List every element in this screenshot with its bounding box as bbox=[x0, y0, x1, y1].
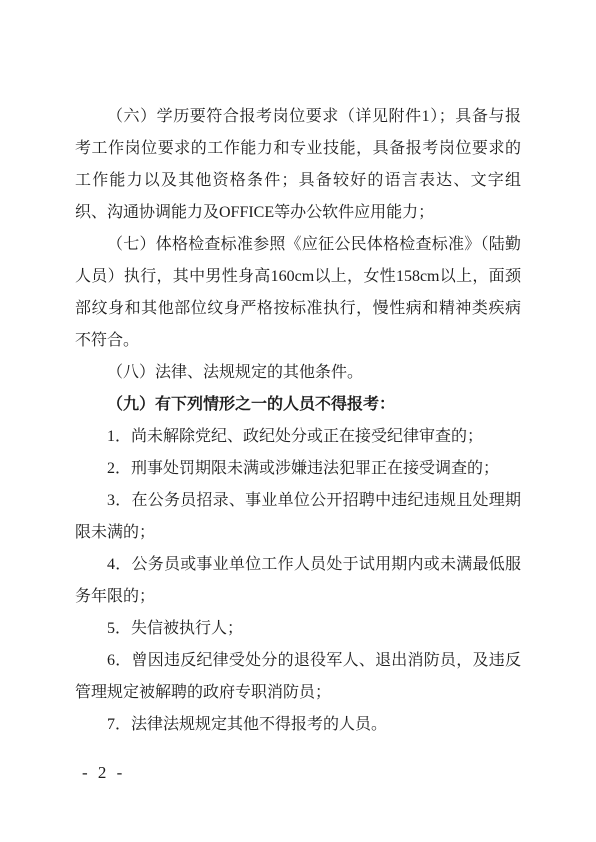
paragraph-clause-9-heading: （九）有下列情形之一的人员不得报考： bbox=[75, 389, 521, 421]
document-body: （六）学历要符合报考岗位要求（详见附件1）；具备与报考工作岗位要求的工作能力和专… bbox=[75, 101, 521, 741]
list-item-1: 1．尚未解除党纪、政纪处分或正在接受纪律审查的； bbox=[75, 421, 521, 453]
list-item-7: 7．法律法规规定其他不得报考的人员。 bbox=[75, 709, 521, 741]
paragraph-clause-7: （七）体格检查标准参照《应征公民体格检查标准》（陆勤人员）执行，其中男性身高16… bbox=[75, 229, 521, 357]
list-item-2: 2．刑事处罚期限未满或涉嫌违法犯罪正在接受调查的； bbox=[75, 453, 521, 485]
list-item-3: 3．在公务员招录、事业单位公开招聘中违纪违规且处理期限未满的； bbox=[75, 485, 521, 549]
document-page: （六）学历要符合报考岗位要求（详见附件1）；具备与报考工作岗位要求的工作能力和专… bbox=[0, 0, 596, 842]
paragraph-clause-8: （八）法律、法规规定的其他条件。 bbox=[75, 357, 521, 389]
paragraph-clause-6: （六）学历要符合报考岗位要求（详见附件1）；具备与报考工作岗位要求的工作能力和专… bbox=[75, 101, 521, 229]
list-item-5: 5．失信被执行人； bbox=[75, 613, 521, 645]
page-number: - 2 - bbox=[82, 762, 125, 784]
list-item-4: 4．公务员或事业单位工作人员处于试用期内或未满最低服务年限的； bbox=[75, 549, 521, 613]
list-item-6: 6．曾因违反纪律受处分的退役军人、退出消防员，及违反管理规定被解聘的政府专职消防… bbox=[75, 645, 521, 709]
